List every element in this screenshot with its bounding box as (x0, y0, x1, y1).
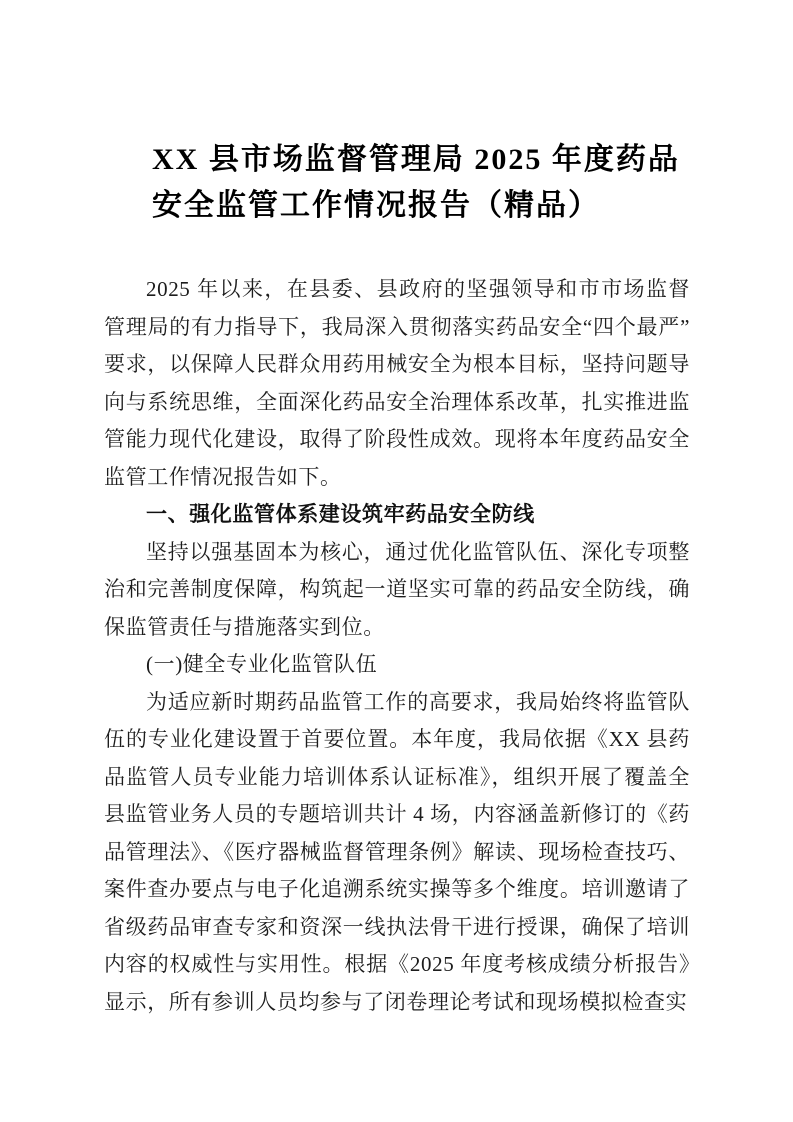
paragraph-subsection-1-1: 为适应新时期药品监管工作的高要求，我局始终将监管队伍的专业化建设置于首要位置。本… (104, 684, 690, 1022)
document-page: XX 县市场监督管理局 2025 年度药品 安全监管工作情况报告（精品） 202… (0, 0, 793, 1122)
document-title: XX 县市场监督管理局 2025 年度药品 安全监管工作情况报告（精品） (104, 137, 690, 229)
document-title-line-1: XX 县市场监督管理局 2025 年度药品 (152, 137, 690, 183)
paragraph-intro: 2025 年以来，在县委、县政府的坚强领导和市市场监督管理局的有力指导下，我局深… (104, 271, 690, 496)
document-title-line-2: 安全监管工作情况报告（精品） (152, 183, 690, 229)
document-body: 2025 年以来，在县委、县政府的坚强领导和市市场监督管理局的有力指导下，我局深… (104, 271, 690, 1021)
section-heading-1: 一、强化监管体系建设筑牢药品安全防线 (104, 496, 690, 534)
subsection-heading-1-1: (一)健全专业化监管队伍 (104, 646, 690, 684)
paragraph-section-1-overview: 坚持以强基固本为核心，通过优化监管队伍、深化专项整治和完善制度保障，构筑起一道坚… (104, 534, 690, 647)
